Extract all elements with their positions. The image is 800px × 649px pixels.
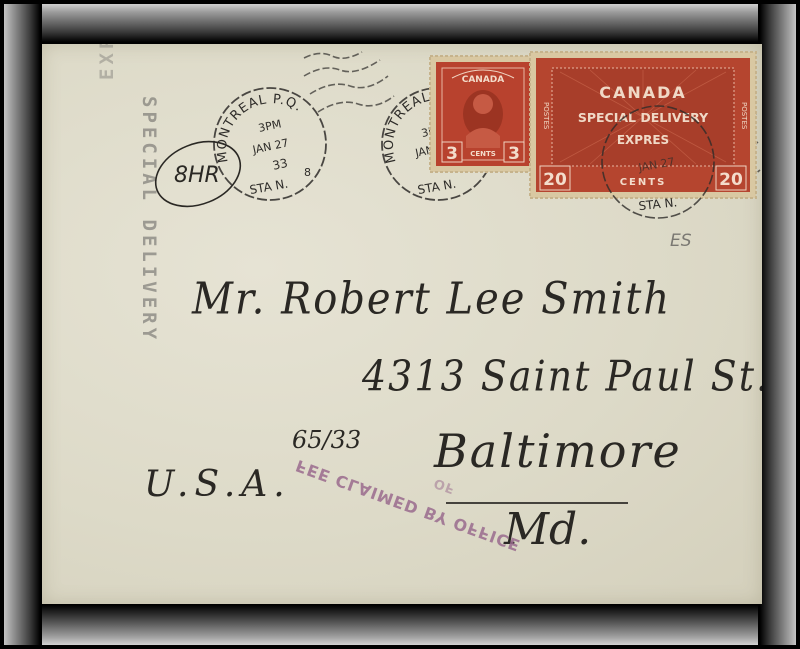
- svg-text:8: 8: [304, 166, 311, 179]
- address-line-street: 4313 Saint Paul St.: [362, 352, 762, 400]
- postmark-montreal-1: MONTREAL P.Q. 3PM JAN 27 33 8 STA N.: [214, 88, 326, 200]
- svg-text:EXPRES: EXPRES: [617, 133, 669, 147]
- address-line-city: Baltimore: [434, 424, 682, 478]
- svg-text:3PM: 3PM: [257, 117, 282, 135]
- address-line-name: Mr. Robert Lee Smith: [192, 274, 671, 325]
- svg-text:JAN 27: JAN 27: [251, 136, 290, 156]
- frame-bevel-top: [4, 4, 796, 44]
- svg-text:8HR: 8HR: [174, 163, 220, 188]
- stamp-3-cents: CANADA 3 3 CENTS: [430, 56, 536, 172]
- svg-text:3: 3: [446, 144, 458, 164]
- svg-text:CENTS: CENTS: [470, 150, 496, 158]
- svg-text:STA N.: STA N.: [638, 195, 678, 213]
- svg-text:20: 20: [543, 170, 567, 190]
- envelope: EXPRESS SPECIAL DELIVERY: [42, 44, 762, 604]
- svg-text:STA N.: STA N.: [249, 177, 290, 198]
- svg-text:33: 33: [271, 156, 289, 173]
- fraction-note: 65/33: [292, 426, 361, 454]
- frame-bevel-left: [4, 4, 42, 645]
- oval-mark: 8HR: [146, 130, 250, 219]
- frame-bevel-bottom: [4, 603, 796, 645]
- picture-frame: EXPRESS SPECIAL DELIVERY: [0, 0, 800, 649]
- svg-text:CANADA: CANADA: [462, 75, 505, 85]
- svg-text:POSTES: POSTES: [542, 102, 550, 130]
- address-line-country: U.S.A.: [144, 464, 291, 505]
- svg-text:3: 3: [508, 144, 520, 164]
- svg-text:20: 20: [719, 170, 743, 190]
- svg-text:CENTS: CENTS: [620, 177, 667, 188]
- pencil-note: ES: [670, 231, 692, 251]
- svg-text:STA N.: STA N.: [417, 177, 458, 198]
- svg-text:CANADA: CANADA: [599, 83, 687, 102]
- svg-text:SPECIAL DELIVERY: SPECIAL DELIVERY: [578, 110, 709, 125]
- frame-bevel-right: [758, 4, 796, 645]
- svg-text:POSTES: POSTES: [740, 102, 748, 130]
- stamp-20-cents-special-delivery: CANADA SPECIAL DELIVERY EXPRES POSTES PO…: [530, 52, 756, 198]
